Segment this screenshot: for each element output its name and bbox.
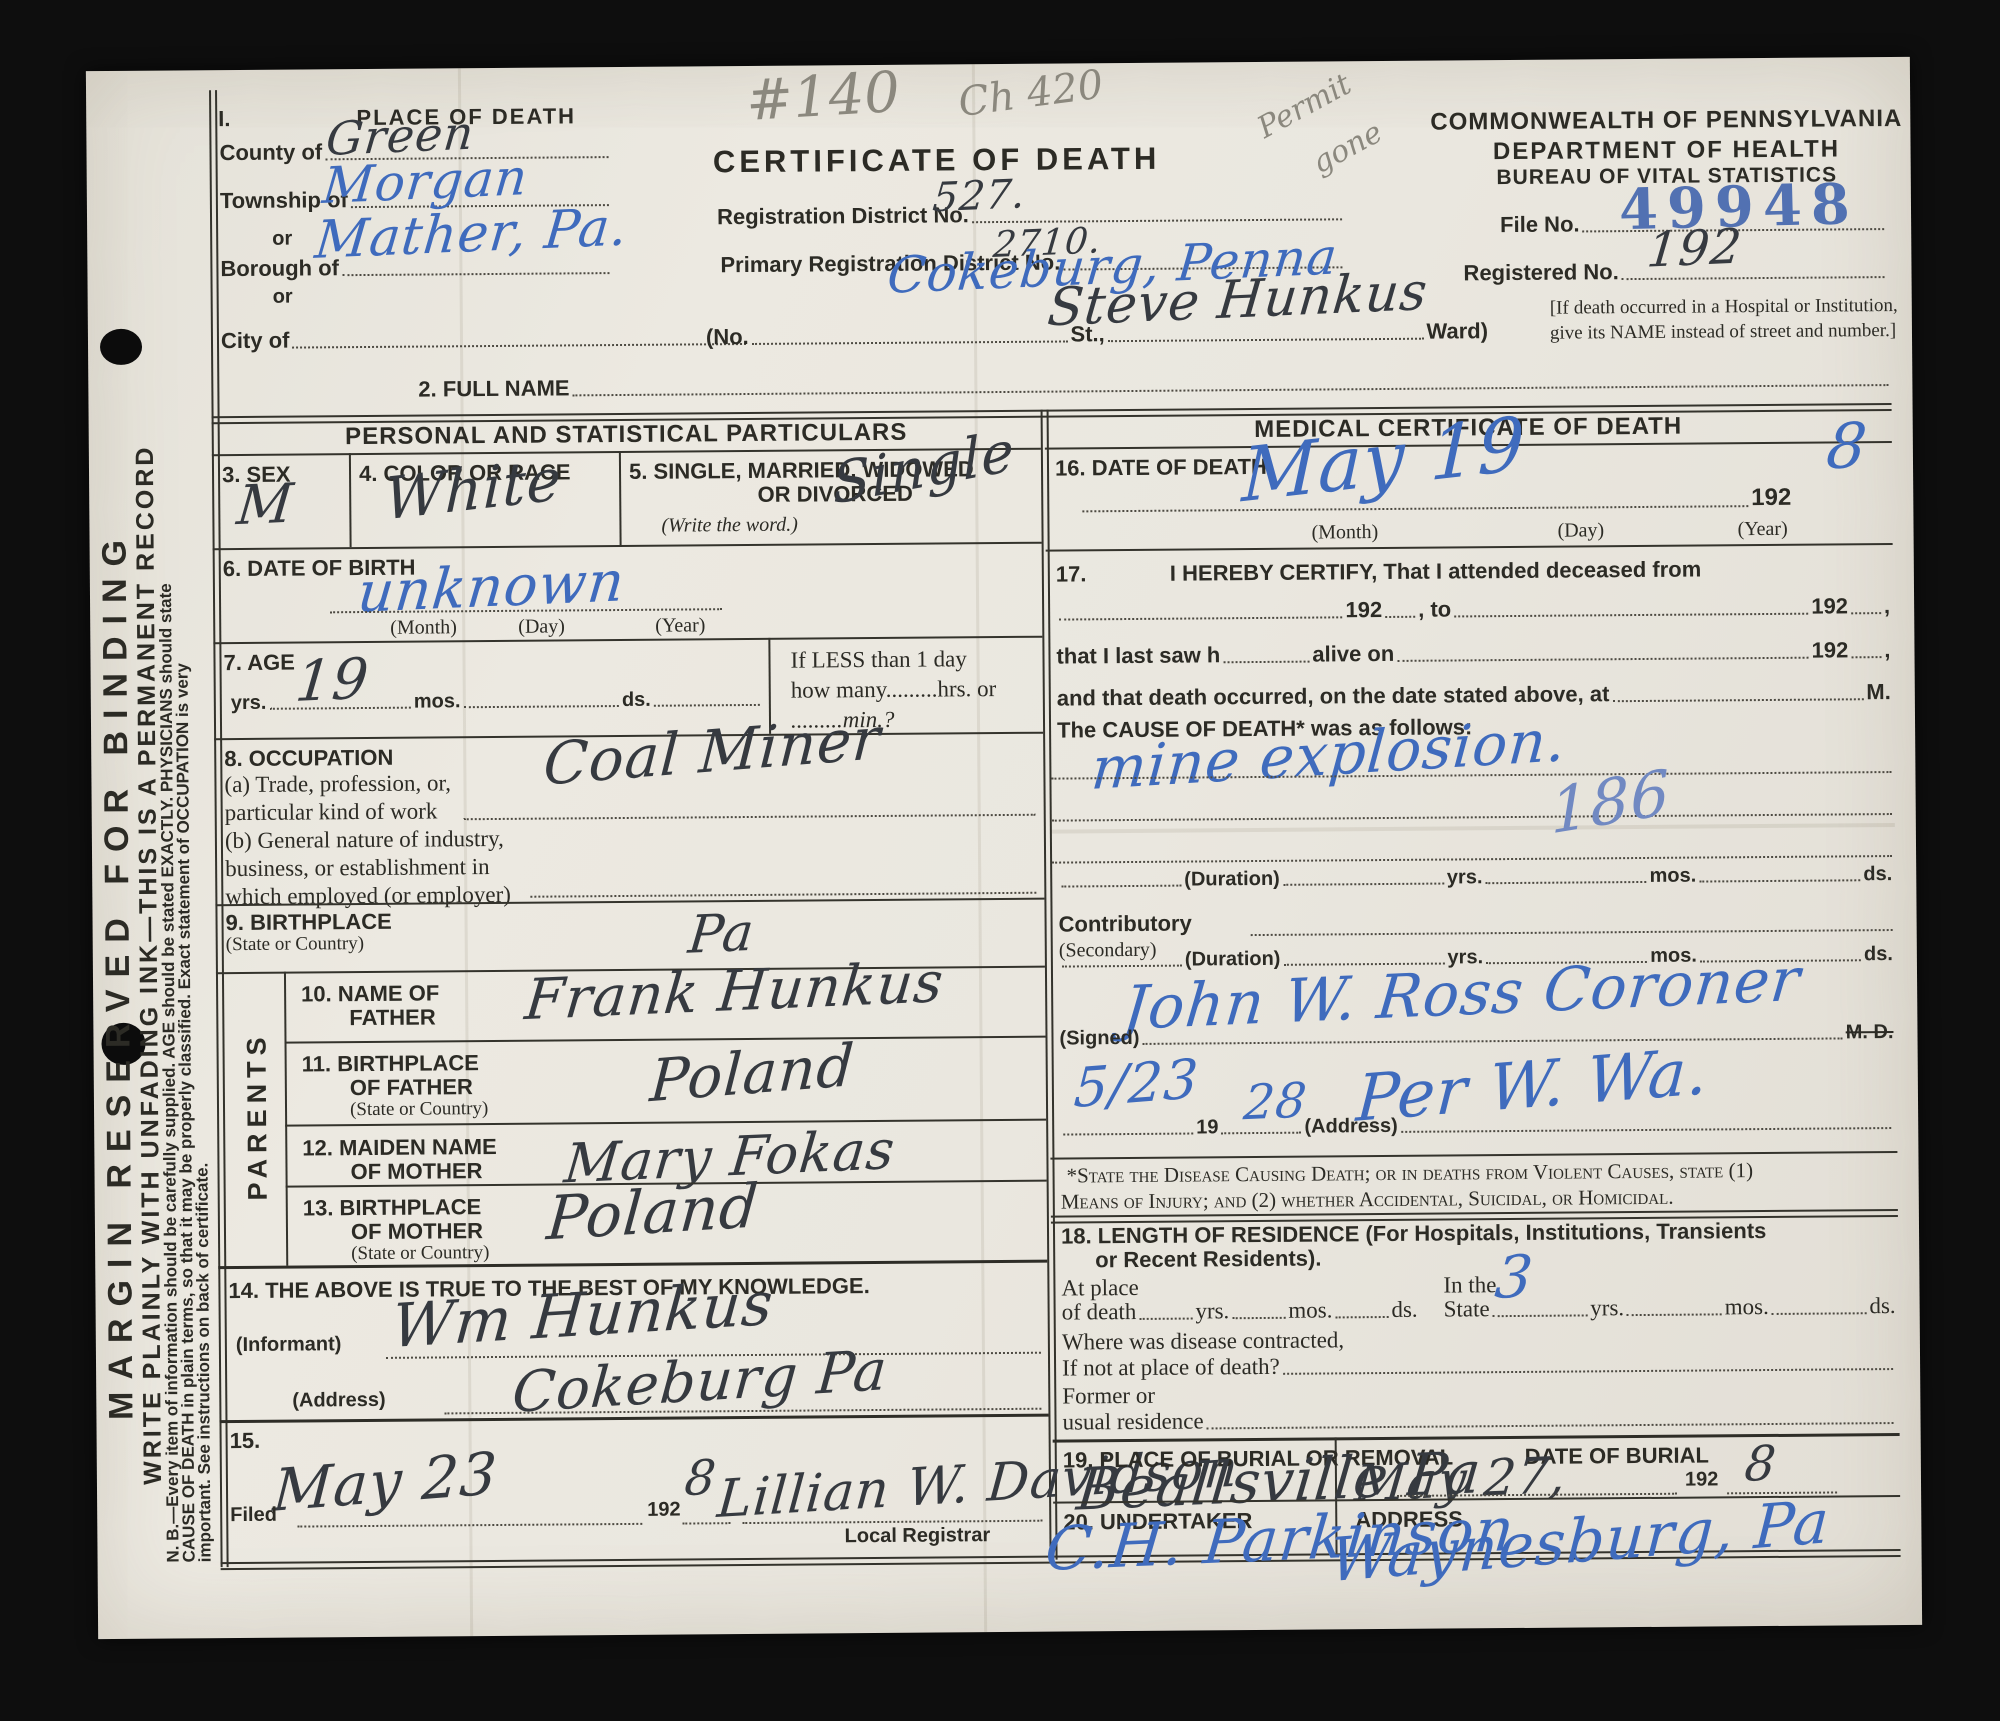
month-label: (Month) [1311,521,1378,545]
borough-value-handwriting: Mather, Pa. [313,201,631,267]
occupation-b-line2: business, or establishment in [225,854,490,882]
mos-label: mos. [1725,1294,1769,1320]
alive-on-label: alive on [1312,641,1394,668]
dotted-line [1772,1310,1867,1315]
dotted-line [1283,1366,1893,1375]
last-saw-label: that I last saw h [1056,642,1220,669]
duration-label: (Duration) [1184,868,1280,892]
signed-date-handwriting: 5/23 [1072,1052,1200,1116]
or-label: or [273,286,293,309]
dotted-line [1108,336,1424,342]
yrs-label: yrs. [1195,1298,1229,1324]
cell-divider [349,453,352,547]
cell-divider [619,451,622,545]
pencil-number-note: #140 [745,65,902,130]
or-label: or [272,228,292,251]
last-saw-alive-line: that I last saw halive on192, [1056,637,1890,670]
county-label: County of [219,139,322,166]
dotted-line [1486,879,1647,884]
parents-vertical-label: PARENTS [241,972,274,1260]
item15-number: 15. [230,1428,261,1454]
if-less-line1: If LESS than 1 day [790,646,967,673]
hospital-instruction-note: [If death occurred in a Hospital or Inst… [1550,293,1898,346]
signed-label: (Signed) [1059,1027,1139,1051]
occupation-b-line3: which employed (or employer) [225,882,511,910]
parents-strip-divider [284,972,288,1266]
full-name-value-handwriting: Steve Hunkus [1045,266,1430,335]
printed-192: 192 [1811,593,1848,619]
comma: , [1884,593,1890,619]
dotted-line [1207,1420,1894,1429]
rule [1046,543,1893,552]
date-of-death-year-suffix-handwriting: 8 [1824,414,1870,478]
birthplace-label: 9. BIRTHPLACE [225,909,391,936]
year-label: (Year) [1737,518,1787,541]
comma: , [1884,637,1890,663]
age-label: 7. AGE [223,650,295,677]
filed-year-suffix-handwriting: 8 [683,1454,719,1504]
at-place-label: At place [1061,1275,1138,1302]
mos-label: mos. [414,690,461,713]
occupation-a-line1: (a) Trade, profession, or, [224,770,451,798]
margin-code-186-handwriting: 186 [1550,761,1671,844]
dotted-line [1251,927,1893,936]
mos-label: mos. [1288,1297,1332,1323]
dotted-line [1851,654,1881,658]
dotted-line [1627,1311,1722,1316]
scanned-death-certificate: { "margin": { "binding": "MARGIN RESERVE… [0,0,2000,1721]
dotted-line [530,890,1036,898]
dotted-line [1052,811,1892,822]
father-birthplace-value-handwriting: Poland [648,1036,856,1110]
dotted-line [1454,611,1808,618]
dotted-line [1493,1312,1588,1317]
burial-year-suffix-handwriting: 8 [1743,1439,1779,1489]
printed-192: 192 [1812,637,1849,663]
dotted-line [1223,659,1309,664]
residence-label-line1: 18. LENGTH OF RESIDENCE (For Hospitals, … [1061,1218,1766,1250]
commonwealth-heading: COMMONWEALTH OF PENNSYLVANIA [1386,105,1946,137]
ds-label: ds. [1863,863,1892,886]
month-label: (Month) [390,616,457,640]
m-label: M. [1866,679,1891,705]
filed-date-handwriting: May 23 [271,1444,499,1520]
in-the-label: In the [1443,1272,1496,1298]
dotted-line [1612,696,1863,702]
dotted-line [1059,614,1342,620]
full-name-label: 2. FULL NAME [418,375,569,402]
dotted-line [1397,655,1808,662]
footnote-line2: Means of Injury; and (2) whether Acciden… [1061,1185,1674,1215]
pencil-code-note: Ch 420 [956,65,1105,124]
ds-label: ds. [1869,1293,1895,1319]
dotted-line [463,703,618,708]
occupation-label: 8. OCCUPATION [224,745,393,772]
state-or-country-label: (State or Country) [351,1242,489,1265]
registered-no-value-handwriting: 192 [1645,222,1744,274]
dotted-line [464,812,1036,820]
father-name-label-line2: FATHER [349,1004,436,1031]
dotted-line [1851,610,1881,614]
to-label: , to [1418,596,1451,622]
death-occurred-line: and that death occurred, on the date sta… [1057,679,1891,712]
dotted-line [342,270,609,276]
dotted-line [1082,503,1748,512]
rule [284,1036,1045,1044]
filed-label: Filed [230,1504,277,1527]
mos-label: mos. [1649,865,1696,888]
dotted-line [1699,877,1860,882]
disease-contracted-line2: If not at place of death? [1062,1349,1896,1382]
dotted-line [752,338,1068,344]
city-label: City of [221,328,290,355]
dotted-line [1401,1125,1891,1133]
ward-label: Ward) [1426,318,1488,344]
department-heading: DEPARTMENT OF HEALTH [1386,135,1946,167]
ds-label: ds. [1864,943,1893,966]
mother-birthplace-value-handwriting: Poland [545,1176,762,1249]
birthplace-value-handwriting: Pa [686,907,757,962]
informant-address-label: (Address) [292,1389,386,1413]
at-place-duration-line: of deathyrs.mos.ds. [1062,1297,1418,1326]
full-name-field: 2. FULL NAME [418,365,1891,403]
dotted-line [1062,963,1182,968]
former-residence-label-line2: usual residence [1062,1408,1203,1435]
dotted-line [1052,853,1892,864]
md-label-struck: M. D. [1846,1021,1894,1044]
disease-contracted-label-line2: If not at place of death? [1062,1354,1280,1382]
state-label: State [1444,1296,1490,1322]
ds-label: ds. [1391,1297,1417,1323]
father-name-value-handwriting: Frank Hunkus [523,955,947,1029]
dotted-line [1283,881,1444,886]
dotted-line [292,341,746,349]
dotted-line [1143,1035,1843,1044]
dotted-line [1385,614,1415,618]
year-printed-192: 192 [1751,484,1791,512]
race-value-handwriting: White [384,450,563,529]
state-years-value-handwriting: 3 [1493,1247,1537,1307]
dotted-line [654,702,760,707]
registered-no-label: Registered No. [1463,259,1618,286]
burial-year-printed: 192 [1685,1468,1719,1491]
state-or-country-label: (State or Country) [226,933,364,956]
signed-date-address-line: 19(Address) [1060,1111,1894,1141]
yrs-label: yrs. [231,692,267,715]
printed-192: 192 [1345,597,1382,623]
if-less-line2: how many.........hrs. or [791,676,997,704]
local-registrar-label: Local Registrar [787,1524,1047,1549]
mother-birthplace-label-line2: OF MOTHER [351,1218,483,1245]
occupation-value-handwriting: Coal Miner [542,709,883,794]
rule [213,636,1042,645]
file-no-label: File No. [1500,211,1580,238]
day-label: (Day) [518,615,565,638]
write-the-word-label: (Write the word.) [661,514,798,538]
yrs-label: yrs. [1590,1295,1624,1321]
dotted-line [1139,1316,1192,1320]
state-or-country-label: (State or Country) [350,1098,488,1121]
certificate-paper: MARGIN RESERVED FOR BINDING WRITE PLAINL… [86,57,1922,1639]
pencil-permit-note-line2: gone [1308,117,1388,179]
filed-year-printed: 192 [647,1499,681,1522]
punch-hole [100,329,142,365]
dotted-line [1061,883,1181,888]
attended-from-to-line: 192, to192, [1056,593,1890,626]
duration-line-primary: (Duration)yrs.mos.ds. [1058,863,1892,893]
registration-district-value-handwriting: 527. [931,174,1028,218]
death-occurred-label: and that death occurred, on the date sta… [1057,681,1610,711]
dotted-line [1335,1314,1388,1318]
dotted-line [573,382,1889,396]
item1-number: I. [218,106,230,132]
former-residence-line2: usual residence [1062,1403,1896,1436]
father-name-label-line1: 10. NAME OF [301,980,439,1007]
dotted-line [1063,1131,1193,1136]
former-residence-label-line1: Former or [1062,1383,1155,1410]
certify-statement: I HEREBY CERTIFY, That I attended deceas… [1170,557,1702,587]
printed-19: 19 [1196,1116,1218,1139]
item17-number: 17. [1056,561,1087,587]
occupation-b-line1: (b) General nature of industry, [225,826,504,854]
of-death-label: of death [1062,1299,1137,1326]
dotted-line [1232,1315,1285,1319]
informant-label: (Informant) [236,1333,342,1357]
residence-label-line2: or Recent Residents). [1095,1246,1321,1274]
dotted-line [972,216,1342,223]
city-field: City of [221,324,749,354]
rule [1050,1151,1897,1160]
occupation-a-line2: particular kind of work [225,798,438,826]
address-label: (Address) [1304,1115,1398,1139]
date-of-death-year-line: 192 [1079,484,1791,518]
year-label: (Year) [655,614,705,637]
sex-value-handwriting: M [235,476,297,533]
age-value-handwriting: 19 [293,652,372,711]
contributory-label: Contributory [1059,911,1192,938]
day-label: (Day) [1557,519,1604,542]
heavy-rule [218,1260,1047,1270]
disease-contracted-label-line1: Where was disease contracted, [1062,1327,1344,1355]
ds-label: ds. [622,689,651,712]
yrs-label: yrs. [1447,866,1483,889]
dotted-line [1221,1130,1301,1135]
date-of-death-label: 16. DATE OF DEATH [1055,454,1267,482]
father-birthplace-label-line2: OF FATHER [350,1074,473,1101]
mother-name-label-line2: OF MOTHER [350,1158,482,1185]
paper-crease [1050,823,1895,834]
street-no-label: (No. [706,324,749,350]
